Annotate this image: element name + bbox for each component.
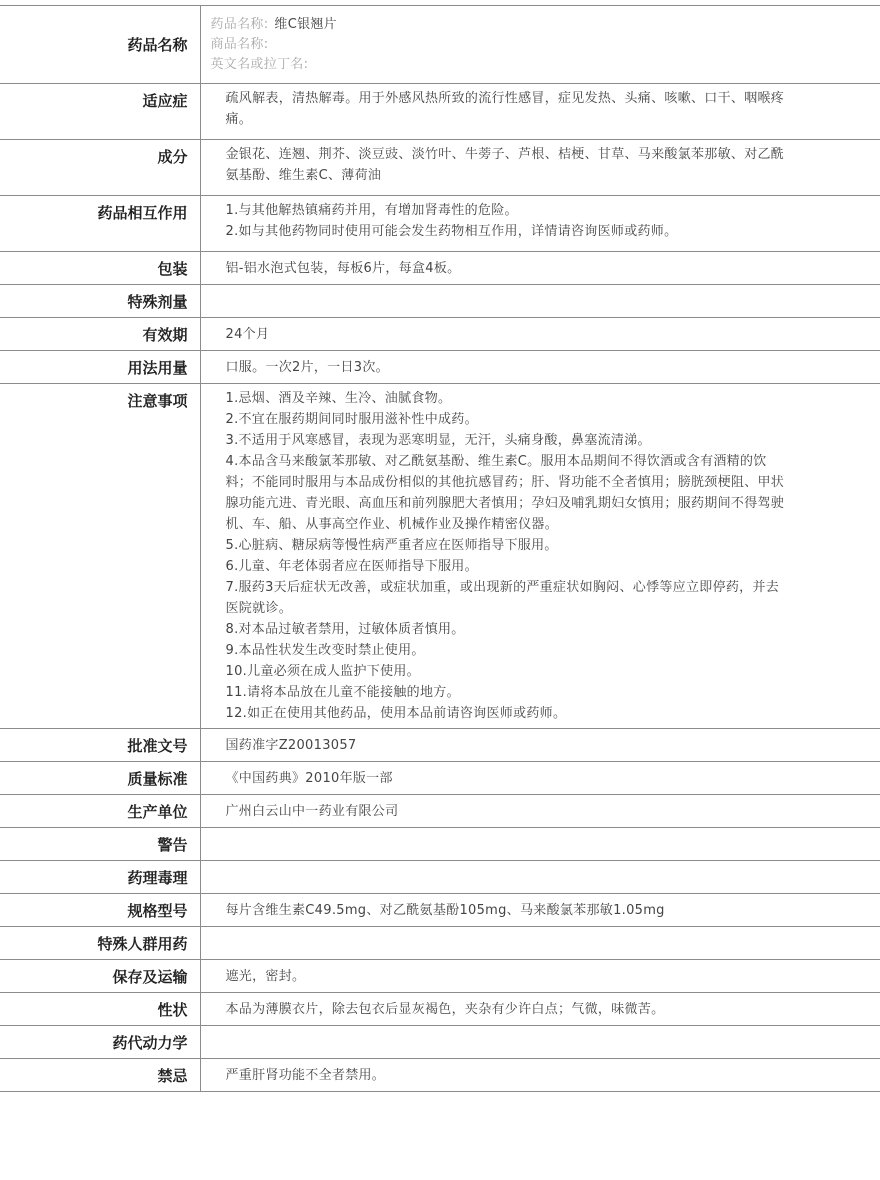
- precaution-item: 8.对本品过敏者禁用，过敏体质者慎用。: [226, 619, 791, 640]
- value-drug-name: 药品名称:维C银翘片 商品名称: 英文名或拉丁名:: [200, 6, 880, 84]
- row-drug-name: 药品名称 药品名称:维C银翘片 商品名称: 英文名或拉丁名:: [0, 6, 880, 84]
- english-name-label: 英文名或拉丁名:: [211, 57, 309, 72]
- trade-name-line: 商品名称:: [211, 35, 791, 55]
- label-interactions: 药品相互作用: [0, 196, 200, 252]
- value-manufacturer: 广州白云山中一药业有限公司: [200, 795, 880, 828]
- precaution-item: 1.忌烟、酒及辛辣、生冷、油腻食物。: [226, 388, 791, 409]
- row-description: 性状 本品为薄膜衣片，除去包衣后显灰褐色，夹杂有少许白点；气微，味微苦。: [0, 993, 880, 1026]
- value-storage: 遮光，密封。: [200, 960, 880, 993]
- value-precautions: 1.忌烟、酒及辛辣、生冷、油腻食物。 2.不宜在服药期间同时服用滋补性中成药。 …: [200, 384, 880, 729]
- generic-name-line: 药品名称:维C银翘片: [211, 15, 791, 35]
- row-storage: 保存及运输 遮光，密封。: [0, 960, 880, 993]
- trade-name-label: 商品名称:: [211, 37, 269, 52]
- label-special-populations: 特殊人群用药: [0, 927, 200, 960]
- label-precautions: 注意事项: [0, 384, 200, 729]
- precaution-item: 7.服药3天后症状无改善，或症状加重，或出现新的严重症状如胸闷、心悸等应立即停药…: [226, 577, 791, 619]
- label-packaging: 包装: [0, 252, 200, 285]
- row-indications: 适应症 疏风解表，清热解毒。用于外感风热所致的流行性感冒，症见发热、头痛、咳嗽、…: [0, 84, 880, 140]
- row-quality-standard: 质量标准 《中国药典》2010年版一部: [0, 762, 880, 795]
- precaution-item: 4.本品含马来酸氯苯那敏、对乙酰氨基酚、维生素C。服用本品期间不得饮酒或含有酒精…: [226, 451, 791, 535]
- label-specification: 规格型号: [0, 894, 200, 927]
- drug-info-table: 药品名称 药品名称:维C银翘片 商品名称: 英文名或拉丁名: 适应症 疏风解表，…: [0, 5, 880, 1092]
- label-pharmacology: 药理毒理: [0, 861, 200, 894]
- row-approval-number: 批准文号 国药准字Z20013057: [0, 729, 880, 762]
- value-contraindications: 严重肝肾功能不全者禁用。: [200, 1059, 880, 1092]
- value-approval-number: 国药准字Z20013057: [200, 729, 880, 762]
- value-warning: [200, 828, 880, 861]
- interaction-item: 1.与其他解热镇痛药并用，有增加肾毒性的危险。: [226, 200, 791, 221]
- precaution-item: 11.请将本品放在儿童不能接触的地方。: [226, 682, 791, 703]
- label-description: 性状: [0, 993, 200, 1026]
- row-warning: 警告: [0, 828, 880, 861]
- value-description: 本品为薄膜衣片，除去包衣后显灰褐色，夹杂有少许白点；气微，味微苦。: [200, 993, 880, 1026]
- label-warning: 警告: [0, 828, 200, 861]
- precaution-item: 9.本品性状发生改变时禁止使用。: [226, 640, 791, 661]
- row-ingredients: 成分 金银花、连翘、荆芥、淡豆豉、淡竹叶、牛蒡子、芦根、桔梗、甘草、马来酸氯苯那…: [0, 140, 880, 196]
- label-manufacturer: 生产单位: [0, 795, 200, 828]
- row-dosage: 用法用量 口服。一次2片，一日3次。: [0, 351, 880, 384]
- label-contraindications: 禁忌: [0, 1059, 200, 1092]
- interaction-item: 2.如与其他药物同时使用可能会发生药物相互作用，详情请咨询医师或药师。: [226, 221, 791, 242]
- precaution-item: 5.心脏病、糖尿病等慢性病严重者应在医师指导下服用。: [226, 535, 791, 556]
- value-pharmacokinetics: [200, 1026, 880, 1059]
- value-indications: 疏风解表，清热解毒。用于外感风热所致的流行性感冒，症见发热、头痛、咳嗽、口干、咽…: [200, 84, 880, 140]
- row-precautions: 注意事项 1.忌烟、酒及辛辣、生冷、油腻食物。 2.不宜在服药期间同时服用滋补性…: [0, 384, 880, 729]
- value-special-dosage: [200, 285, 880, 318]
- row-manufacturer: 生产单位 广州白云山中一药业有限公司: [0, 795, 880, 828]
- row-shelf-life: 有效期 24个月: [0, 318, 880, 351]
- value-special-populations: [200, 927, 880, 960]
- value-dosage: 口服。一次2片，一日3次。: [200, 351, 880, 384]
- row-packaging: 包装 铝-铝水泡式包装，每板6片，每盒4板。: [0, 252, 880, 285]
- value-shelf-life: 24个月: [200, 318, 880, 351]
- label-special-dosage: 特殊剂量: [0, 285, 200, 318]
- label-approval-number: 批准文号: [0, 729, 200, 762]
- row-pharmacokinetics: 药代动力学: [0, 1026, 880, 1059]
- label-indications: 适应症: [0, 84, 200, 140]
- value-quality-standard: 《中国药典》2010年版一部: [200, 762, 880, 795]
- value-pharmacology: [200, 861, 880, 894]
- row-special-populations: 特殊人群用药: [0, 927, 880, 960]
- label-quality-standard: 质量标准: [0, 762, 200, 795]
- generic-name-value: 维C银翘片: [274, 17, 337, 32]
- label-ingredients: 成分: [0, 140, 200, 196]
- english-name-line: 英文名或拉丁名:: [211, 55, 791, 75]
- label-shelf-life: 有效期: [0, 318, 200, 351]
- precaution-item: 3.不适用于风寒感冒，表现为恶寒明显，无汗，头痛身酸，鼻塞流清涕。: [226, 430, 791, 451]
- precaution-item: 10.儿童必须在成人监护下使用。: [226, 661, 791, 682]
- row-interactions: 药品相互作用 1.与其他解热镇痛药并用，有增加肾毒性的危险。 2.如与其他药物同…: [0, 196, 880, 252]
- label-pharmacokinetics: 药代动力学: [0, 1026, 200, 1059]
- value-packaging: 铝-铝水泡式包装，每板6片，每盒4板。: [200, 252, 880, 285]
- row-special-dosage: 特殊剂量: [0, 285, 880, 318]
- row-specification: 规格型号 每片含维生素C49.5mg、对乙酰氨基酚105mg、马来酸氯苯那敏1.…: [0, 894, 880, 927]
- value-interactions: 1.与其他解热镇痛药并用，有增加肾毒性的危险。 2.如与其他药物同时使用可能会发…: [200, 196, 880, 252]
- precaution-item: 2.不宜在服药期间同时服用滋补性中成药。: [226, 409, 791, 430]
- generic-name-label: 药品名称:: [211, 17, 269, 32]
- value-specification: 每片含维生素C49.5mg、对乙酰氨基酚105mg、马来酸氯苯那敏1.05mg: [200, 894, 880, 927]
- row-pharmacology: 药理毒理: [0, 861, 880, 894]
- value-ingredients: 金银花、连翘、荆芥、淡豆豉、淡竹叶、牛蒡子、芦根、桔梗、甘草、马来酸氯苯那敏、对…: [200, 140, 880, 196]
- label-storage: 保存及运输: [0, 960, 200, 993]
- precaution-item: 12.如正在使用其他药品，使用本品前请咨询医师或药师。: [226, 703, 791, 724]
- row-contraindications: 禁忌 严重肝肾功能不全者禁用。: [0, 1059, 880, 1092]
- precaution-item: 6.儿童、年老体弱者应在医师指导下服用。: [226, 556, 791, 577]
- label-drug-name: 药品名称: [0, 6, 200, 84]
- label-dosage: 用法用量: [0, 351, 200, 384]
